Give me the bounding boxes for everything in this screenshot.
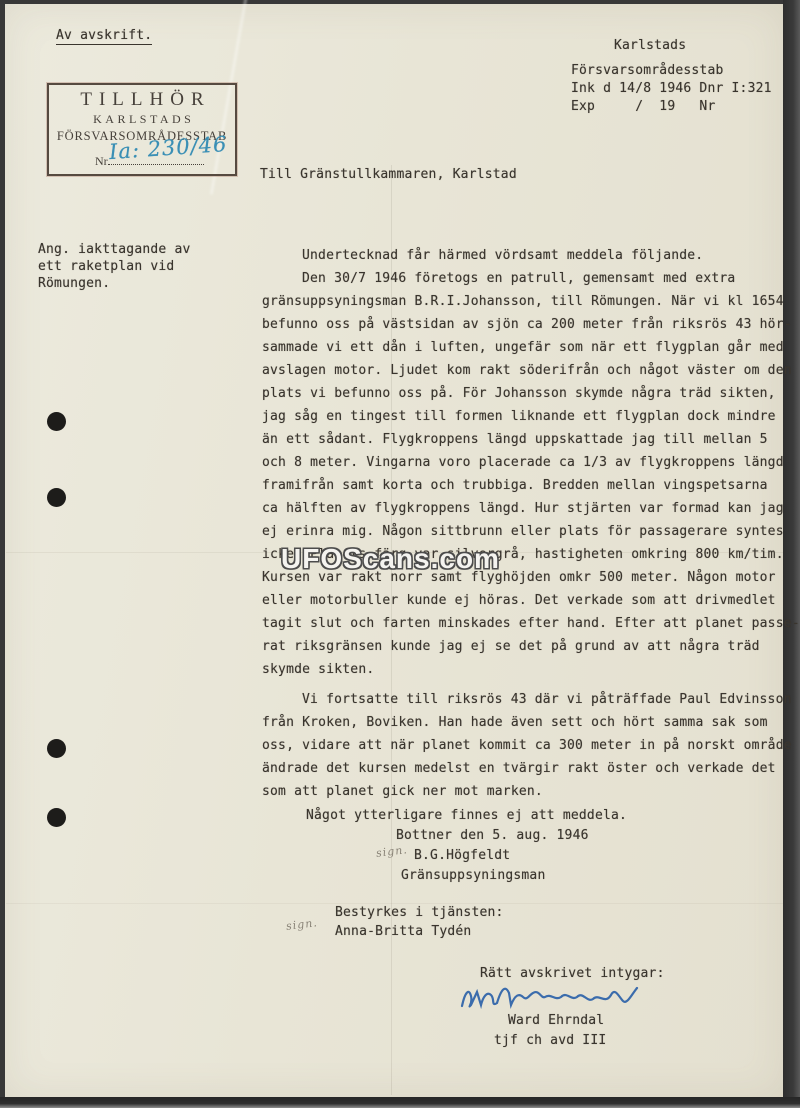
attest-name: Anna-Britta Tydén bbox=[335, 924, 471, 939]
body-line: ändrade det kursen medelst en tvärgir ra… bbox=[262, 757, 782, 780]
stamp-line-tillhor: TILLHÖR bbox=[49, 89, 235, 111]
signer-name: B.G.Högfeldt bbox=[414, 848, 510, 863]
stamp-number-row: Nr Ia: 230/46 bbox=[95, 150, 204, 169]
margin-note-line: Römungen. bbox=[38, 275, 191, 292]
body-line: skymde sikten. bbox=[262, 658, 782, 681]
body-line: ej erinra mig. Någon sittbrunn eller pla… bbox=[262, 520, 782, 543]
signer-title: Gränsuppsyningsman bbox=[401, 868, 545, 883]
hole-punch bbox=[47, 488, 66, 507]
hole-punch bbox=[47, 412, 66, 431]
recipient-line: Till Gränstullkammaren, Karlstad bbox=[260, 167, 517, 182]
stamp-line-karlstads: KARLSTADS bbox=[49, 112, 235, 127]
hole-punch bbox=[47, 808, 66, 827]
body-line: rat riksgränsen kunde jag ej se det på g… bbox=[262, 635, 782, 658]
watermark: UFOScans.com bbox=[281, 543, 500, 575]
margin-note-line: Ang. iakttagande av bbox=[38, 241, 191, 258]
attest-label: Bestyrkes i tjänsten: bbox=[335, 905, 504, 920]
body-line: oss, vidare att när planet kommit ca 300… bbox=[262, 734, 782, 757]
body-line: Den 30/7 1946 företogs en patrull, gemen… bbox=[262, 267, 782, 290]
body-line: jag såg en tingest till formen liknande … bbox=[262, 405, 782, 428]
fold-crease-horizontal-2 bbox=[6, 903, 783, 904]
body-line: Vi fortsatte till riksrös 43 där vi påtr… bbox=[262, 688, 782, 711]
body-line: sammade vi ett dån i luften, ungefär som… bbox=[262, 336, 782, 359]
registry-stamp-line4: Exp / 19 Nr bbox=[571, 98, 715, 116]
body-line: gränsuppsyningsman B.R.I.Johansson, till… bbox=[262, 290, 782, 313]
stamp-nr-label: Nr bbox=[95, 154, 108, 168]
body-line: än ett sådant. Flygkroppens längd uppska… bbox=[262, 428, 782, 451]
body-line: tagit slut och farten minskades efter ha… bbox=[262, 612, 782, 635]
closing-line: Något ytterligare finnes ej att meddela. bbox=[306, 808, 627, 823]
registry-stamp-line1: Karlstads bbox=[614, 37, 686, 55]
body-line: ca hälften av flygkroppens längd. Hur st… bbox=[262, 497, 782, 520]
certifier-title: tjf ch avd III bbox=[494, 1033, 606, 1048]
scan-edge-right bbox=[783, 0, 800, 1108]
body-line: framifrån samt korta och trubbiga. Bredd… bbox=[262, 474, 782, 497]
body-line: Undertecknad får härmed vördsamt meddela… bbox=[262, 244, 782, 267]
margin-note-line: ett raketplan vid bbox=[38, 258, 191, 275]
certifier-signature-handwritten bbox=[458, 978, 642, 1018]
certifier-name: Ward Ehrndal bbox=[508, 1013, 604, 1028]
body-line: som att planet gick ner mot marken. bbox=[262, 780, 782, 803]
body-line: plats vi befunno oss på. För Johansson s… bbox=[262, 382, 782, 405]
ownership-stamp: TILLHÖR KARLSTADS FÖRSVARSOMRÅDESSTAB Nr… bbox=[47, 83, 237, 176]
body-line: och 8 meter. Vingarna voro placerade ca … bbox=[262, 451, 782, 474]
body-paragraph-2: Vi fortsatte till riksrös 43 där vi påtr… bbox=[262, 688, 782, 803]
hole-punch bbox=[47, 739, 66, 758]
body-line: från Kroken, Boviken. Han hade även sett… bbox=[262, 711, 782, 734]
scan-edge-bottom bbox=[0, 1097, 800, 1108]
body-line: avslagen motor. Ljudet kom rakt söderifr… bbox=[262, 359, 782, 382]
copy-note: Av avskrift. bbox=[56, 28, 152, 45]
place-date-line: Bottner den 5. aug. 1946 bbox=[396, 828, 589, 843]
body-line: befunno oss på västsidan av sjön ca 200 … bbox=[262, 313, 782, 336]
body-line: eller motorbuller kunde ej höras. Det ve… bbox=[262, 589, 782, 612]
scanned-document: Av avskrift. TILLHÖR KARLSTADS FÖRSVARSO… bbox=[0, 0, 800, 1108]
registry-stamp-line2: Försvarsområdesstab bbox=[571, 62, 724, 80]
margin-subject-note: Ang. iakttagande av ett raketplan vid Rö… bbox=[38, 241, 191, 292]
registry-stamp-line3: Ink d 14/8 1946 Dnr I:321 bbox=[571, 80, 772, 98]
body-paragraph-1: Undertecknad får härmed vördsamt meddela… bbox=[262, 244, 782, 681]
